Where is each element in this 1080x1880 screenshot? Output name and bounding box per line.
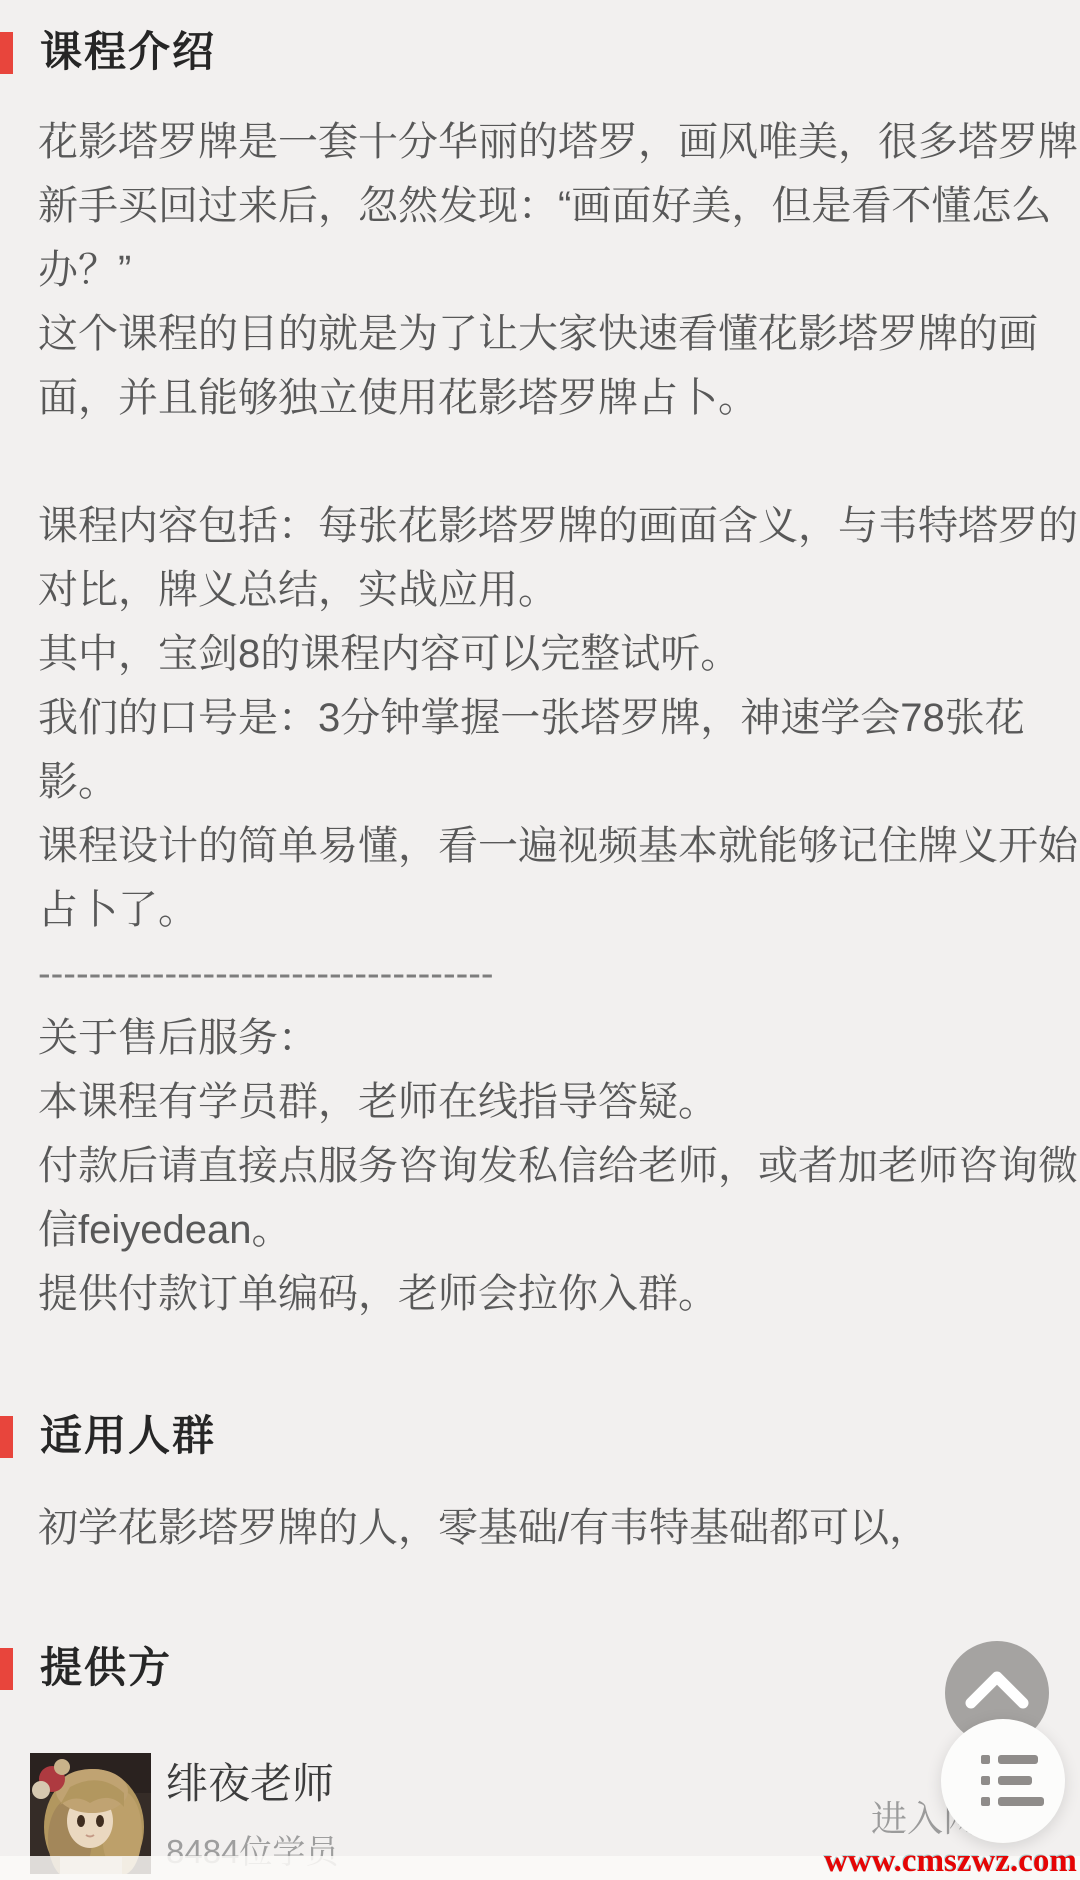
intro-line: 付款后请直接点服务咨询发私信给老师，或者加老师咨询微 xyxy=(38,1134,1050,1198)
intro-line: 占卜了。 xyxy=(38,878,1050,942)
teacher-name[interactable]: 绯夜老师 xyxy=(166,1758,334,1810)
section-header-audience: 适用人群 xyxy=(0,1410,216,1462)
intro-line: 课程内容包括：每张花影塔罗牌的画面含义，与韦特塔罗的 xyxy=(38,494,1050,558)
list-icon xyxy=(981,1751,1045,1809)
intro-line: 课程设计的简单易懂，看一遍视频基本就能够记住牌义开始 xyxy=(38,814,1050,878)
section-title-course-intro: 课程介绍 xyxy=(40,26,216,78)
intro-line: 本课程有学员群，老师在线指导答疑。 xyxy=(38,1070,1050,1134)
section-header-course-intro: 课程介绍 xyxy=(0,26,216,78)
intro-line: 面，并且能够独立使用花影塔罗牌占卜。 xyxy=(38,366,1050,430)
intro-line: 关于售后服务： xyxy=(38,1006,1050,1070)
course-intro-text: 花影塔罗牌是一套十分华丽的塔罗，画风唯美，很多塔罗牌 新手买回过来后，忽然发现：… xyxy=(38,110,1050,1326)
site-watermark: www.cmszwz.com xyxy=(824,1843,1077,1879)
dashed-divider: ------------------------------------ xyxy=(38,942,1050,1006)
intro-line: 新手买回过来后，忽然发现：“画面好美，但是看不懂怎么 xyxy=(38,174,1050,238)
intro-line: 我们的口号是：3分钟掌握一张塔罗牌，神速学会78张花 xyxy=(38,686,1050,750)
intro-line: 信feiyedean。 xyxy=(38,1198,1050,1262)
intro-line-blank xyxy=(38,430,1050,494)
red-accent-bar xyxy=(0,1416,13,1458)
red-accent-bar xyxy=(0,1648,13,1690)
section-header-provider: 提供方 xyxy=(0,1642,172,1694)
intro-line: 其中，宝剑8的课程内容可以完整试听。 xyxy=(38,622,1050,686)
section-title-provider: 提供方 xyxy=(40,1642,172,1694)
intro-line: 这个课程的目的就是为了让大家快速看懂花影塔罗牌的画 xyxy=(38,302,1050,366)
intro-line: 对比，牌义总结，实战应用。 xyxy=(38,558,1050,622)
section-title-audience: 适用人群 xyxy=(40,1410,216,1462)
audience-text: 初学花影塔罗牌的人，零基础/有韦特基础都可以， xyxy=(38,1496,929,1560)
red-accent-bar xyxy=(0,32,13,74)
intro-line: 影。 xyxy=(38,750,1050,814)
intro-line: 花影塔罗牌是一套十分华丽的塔罗，画风唯美，很多塔罗牌 xyxy=(38,110,1050,174)
intro-line: 提供付款订单编码，老师会拉你入群。 xyxy=(38,1262,1050,1326)
course-detail-page: 课程介绍 花影塔罗牌是一套十分华丽的塔罗，画风唯美，很多塔罗牌 新手买回过来后，… xyxy=(0,0,1080,1880)
intro-line: 办？” xyxy=(38,238,1050,302)
catalog-button[interactable] xyxy=(941,1719,1065,1843)
